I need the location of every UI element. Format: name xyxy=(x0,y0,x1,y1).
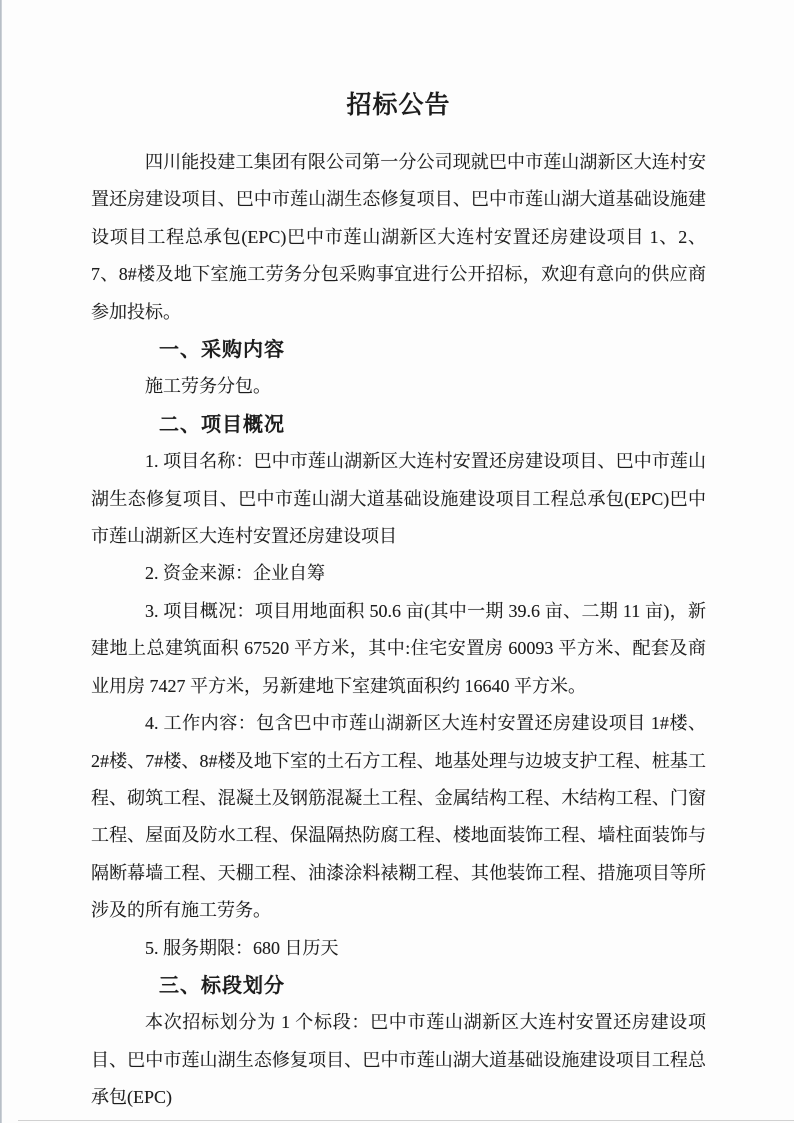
section-heading-bid-sections: 三、标段划分 xyxy=(91,967,706,1004)
service-period-paragraph: 5. 服务期限：680 日历天 xyxy=(91,930,706,967)
document-title: 招标公告 xyxy=(91,85,706,125)
section-heading-project-overview: 二、项目概况 xyxy=(91,406,706,443)
procurement-content-paragraph: 施工劳务分包。 xyxy=(91,368,706,405)
document-content: 招标公告 四川能投建工集团有限公司第一分公司现就巴中市莲山湖新区大连村安置还房建… xyxy=(91,85,706,1117)
funding-source-paragraph: 2. 资金来源：企业自筹 xyxy=(91,555,706,592)
project-name-paragraph: 1. 项目名称：巴中市莲山湖新区大连村安置还房建设项目、巴中市莲山湖生态修复项目… xyxy=(91,443,706,555)
section-heading-procurement-content: 一、采购内容 xyxy=(91,331,706,368)
project-profile-paragraph: 3. 项目概况：项目用地面积 50.6 亩(其中一期 39.6 亩、二期 11 … xyxy=(91,593,706,705)
bid-sections-paragraph: 本次招标划分为 1 个标段：巴中市莲山湖新区大连村安置还房建设项目、巴中市莲山湖… xyxy=(91,1004,706,1116)
document-page: 招标公告 四川能投建工集团有限公司第一分公司现就巴中市莲山湖新区大连村安置还房建… xyxy=(0,0,794,1123)
scan-bottom-edge xyxy=(18,1120,794,1121)
scan-left-edge xyxy=(0,0,2,1123)
intro-paragraph: 四川能投建工集团有限公司第一分公司现就巴中市莲山湖新区大连村安置还房建设项目、巴… xyxy=(91,144,706,331)
work-scope-paragraph: 4. 工作内容：包含巴中市莲山湖新区大连村安置还房建设项目 1#楼、2#楼、7#… xyxy=(91,705,706,929)
